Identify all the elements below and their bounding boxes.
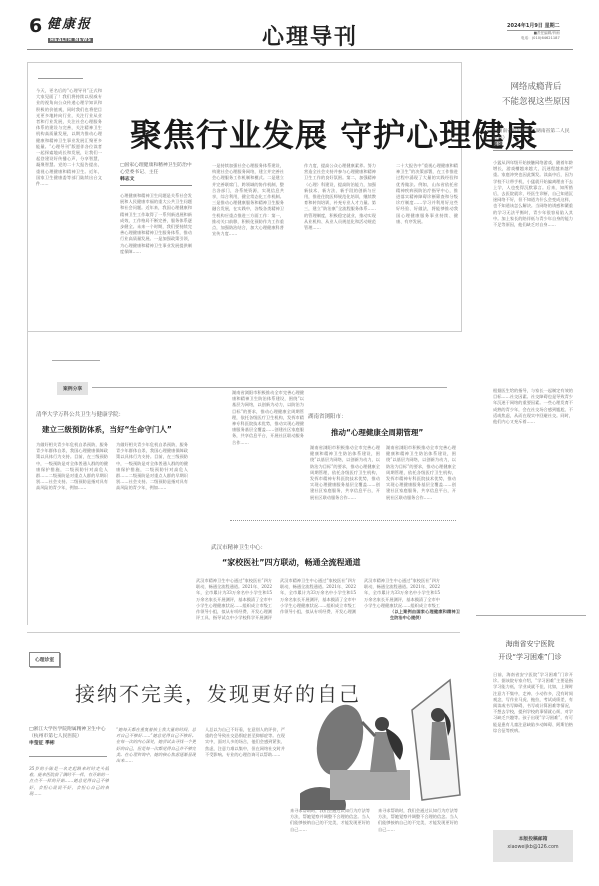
case2-dotted-rule [230,520,456,521]
case2-col-2: 湖南省浏阳市积极推动全市完善心理健康和精神卫生防治体系建设，围绕“以基层为网络，… [386,445,456,505]
right-bottom-title-line2: 开设“学习困难”门诊 [475,651,585,664]
right-bottom-title: 海南省安宁医院 开设“学习困难”门诊 [475,638,585,664]
clinic-col-5: 来寻求帮助时，我们会通过认知行为疗法等方法，帮她觉察并调整不合理的信念。当人们能… [378,808,458,881]
page-number: 6 [29,15,42,37]
clinic-section-tag: 心理诊室 [29,652,60,667]
case2-title: 推动“心理健康全周期管理” [331,427,423,438]
side-title-line2: 不能忽视这些原因 [486,95,586,110]
case3-pre: 武汉市精神卫生中心： [211,543,266,551]
side-article-end-rule [476,615,586,616]
side-article-title: 网络成瘾背后 不能忽视这些原因 [486,80,586,110]
mailbox-email[interactable]: xiaoweijkb@126.com [493,844,573,852]
case2-pre: 湖南省浏阳市： [308,412,347,420]
mirror-woman-illustration [300,660,470,810]
case1-pre: 清华大学万科公共卫生与健康学院： [36,410,124,418]
lead-byline-rule [120,185,192,186]
clinic-byline-author: 申莹征 季彬 [29,740,55,746]
issue-date: 2024年1月9日 星期二 [507,22,560,31]
newspaper-logo-en: HEALTH NEWS [48,38,93,43]
case-section-tag: 案例分享 [57,382,88,395]
side-article-text-2: 根据医生给的指导，与家长一起制定有效的目标……社交因素。社交障碍也是导致青少年沉… [493,388,573,618]
side-byline: □湖南省脑科医院（湖南省第二人民医院） 漆靖 [493,129,573,150]
case3-credit: （以上案例由国家心理健康和精神卫生防治中心提供） [390,609,460,621]
lead-col-2: 一是持续加强社会心理服务体系建设，构建社会心理服务网络，建立并完善社会心理服务工… [212,163,284,323]
side-title-line1: 网络成瘾背后 [486,80,586,95]
clinic-byline-rule [29,756,107,757]
submission-mailbox: 本版投稿邮箱 xiaoweijkb@126.com [493,830,573,862]
case2-col-1: 湖南省浏阳市积极推动全市完善心理健康和精神卫生防治体系建设，围绕“以基层为网络，… [310,445,380,505]
right-bottom-text: 日前，海南省安宁医院“学习困难”门诊开诊。据该院专家介绍，“学习困难”主要是指学… [493,672,573,817]
side-byline-org: □湖南省脑科医院（湖南省第二人民医院） [493,129,573,142]
lead-col-4: 二十大报告中“重视心理健康和精神卫生”的决策部署，在工作推进过程中涌现了大量的实… [396,163,458,323]
clinic-col-1: 35岁的小陈是一名走起路来时时走头低着，能来医院前了满时不一样，有开始的一点点不… [29,766,109,881]
clinic-col-3: 人总以为自己不好看，在意别人的评价，严重的会导致社交恐惧症甚至抑郁症等。在现实中… [205,727,285,881]
case3-col-3: 武汉市精神卫生中心通过“家校医社”四方联动，畅通全流程通道。2021年、2022… [364,578,440,608]
case-section-rule [92,387,447,388]
case3-col-2: 武汉市精神卫生中心通过“家校医社”四方联动，畅通全流程通道。2021年、2022… [280,578,356,614]
newspaper-logo: 健康报 [47,13,92,32]
lead-headline: 聚焦行业发展 守护心理健康 [130,110,538,156]
clinic-byline-org: □浙江大学医学院附属精神卫生中心（杭州市第七人民医院） [29,727,107,740]
case-frame-rule [27,330,28,625]
case-section-bottom-rule [27,632,460,633]
case1-col-1: 为做好相关青少年危机自杀预防，服务青少年群体自杀，我国心理健康保障政策以具体行为… [36,442,108,620]
side-article-text: 小猛从四年级开始接触网络游戏，随着年龄增长，游戏槽越来越大，沉迷程越来越严重。家… [493,160,573,385]
clinic-col-2: “她每天都在重复着抬上我大量的时间，总对自己不够好……”她总觉得自己不够好。在每… [116,727,196,881]
lead-byline-author: 韩志文 [120,176,134,182]
lead-col-1: 心理健康和精神卫生问题是关系社会发展和人民健康幸福的重大公共卫生问题和社会问题。… [120,193,192,323]
issue-meta: ■责任编辑/肖雨 电话：(010)64621187 [521,31,560,41]
lead-col-3: 作力度，提高公众心理健康素养。努力营造全社会支持并参与心理健康和精神卫生工作的良… [304,163,376,323]
lead-byline: □国家心理健康和精神卫生防治中心党委书记、主任 韩志文 [120,163,192,184]
mailbox-label: 本版投稿邮箱 [493,836,573,844]
side-byline-author: 漆靖 [493,142,503,148]
case3-title: “家校医社”四方联动，畅通全流程通道 [222,557,361,568]
intro-end-rule [52,360,100,361]
phone: 电话：(010)64621187 [521,36,560,41]
case3-col-1: 武汉市精神卫生中心通过“家校医社”四方联动，畅通全流程通道。2021年、2022… [196,578,272,620]
clinic-col-4: 来寻求帮助时，我们会通过认知行为疗法等方法，帮她觉察并调整不合理的信念。当人们能… [290,808,370,881]
header-rule [27,49,573,50]
side-byline-rule [493,150,573,151]
intro-rule [38,78,83,79]
right-bottom-title-line1: 海南省安宁医院 [475,638,585,651]
intro-text: 今天，更名后的“心理导刊”正式和大家见面了！我们将持续以权威专业的视角向公众传递… [36,88,102,328]
case1-col-2: 为做好相关青少年危机自杀预防，服务青少年群体自杀，我国心理健康保障政策以具体行为… [116,442,188,620]
clinic-byline: □浙江大学医学院附属精神卫生中心（杭州市第七人民医院） 申莹征 季彬 [29,727,107,748]
case2-intro: 湖南省浏阳市积极推动全市完善心理健康和精神卫生防治体系建设，围绕“以基层为网络，… [232,390,304,510]
case1-title: 建立三级预防体系，当好“生命守门人” [42,424,172,435]
section-title: 心理导刊 [262,20,358,51]
lead-byline-org: □国家心理健康和精神卫生防治中心党委书记、主任 [120,163,192,176]
